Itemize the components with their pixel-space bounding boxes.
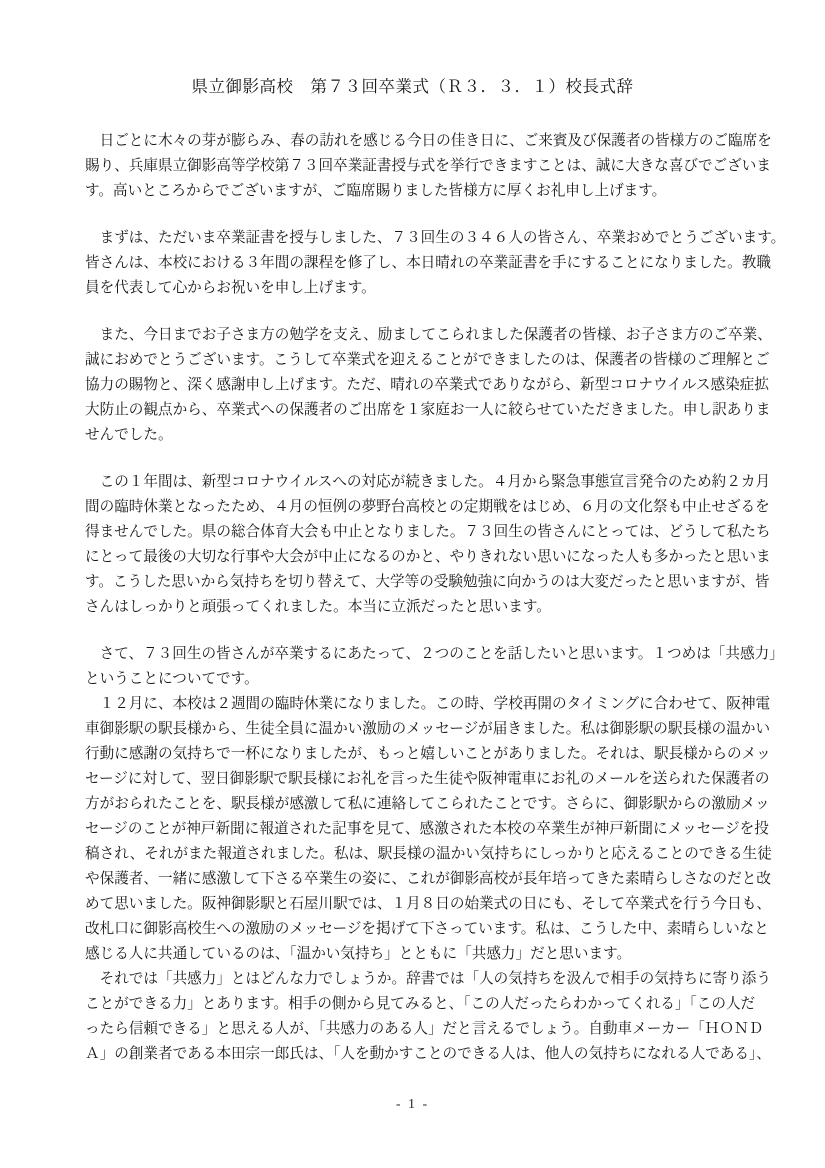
paragraph-two-topics-intro: さて、７３回生の皆さんが卒業するにあたって、２つのことを話したいと思います。１つ… [85, 642, 825, 692]
paragraph-congratulations-students: まずは、ただいま卒業証書を授与しました、７３回生の３４６人の皆さん、卒業おめでと… [85, 226, 825, 301]
text-line: 間の臨時休業となったため、４月の恒例の夢野台高校との定期戦をはじめ、６月の文化祭… [85, 495, 825, 520]
text-line: この１年間は、新型コロナウイルスへの対応が続きました。４月から緊急事態宣言発令の… [85, 470, 825, 495]
text-line: さて、７３回生の皆さんが卒業するにあたって、２つのことを話したいと思います。１つ… [85, 642, 825, 667]
text-line: 感じる人に共通しているのは、「温かい気持ち」とともに「共感力」だと思います。 [85, 942, 825, 967]
text-line: 賜り、兵庫県立御影高等学校第７３回卒業証書授与式を挙行できますことは、誠に大きな… [85, 154, 825, 179]
paragraph-covid-year-review: この１年間は、新型コロナウイルスへの対応が続きました。４月から緊急事態宣言発令の… [85, 470, 825, 620]
text-line: す。こうした思いから気持ちを切り替えて、大学等の受験勉強に向かうのは大変だったと… [85, 570, 825, 595]
text-line: 誠におめでとうございます。こうして卒業式を迎えることができましたのは、保護者の皆… [85, 348, 825, 373]
text-line: また、今日までお子さま方の勉学を支え、励ましてこられました保護者の皆様、お子さま… [85, 323, 825, 348]
text-line: まずは、ただいま卒業証書を授与しました、７３回生の３４６人の皆さん、卒業おめでと… [85, 226, 825, 251]
paragraph-station-master-story: １２月に、本校は２週間の臨時休業になりました。この時、学校再開のタイミングに合わ… [85, 692, 825, 967]
text-line: それでは「共感力」とはどんな力でしょうか。辞書では「人の気持ちを汲んで相手の気持… [85, 967, 825, 992]
document-page: 県立御影高校 第７３回卒業式（Ｒ３．３．１）校長式辞 日ごとに木々の芽が膨らみ、… [0, 0, 825, 1168]
paragraph-thanks-parents: また、今日までお子さま方の勉学を支え、励ましてこられました保護者の皆様、お子さま… [85, 323, 825, 448]
paragraph-opening-greeting: 日ごとに木々の芽が膨らみ、春の訪れを感じる今日の佳き日に、ご来賓及び保護者の皆様… [85, 129, 825, 204]
document-title: 県立御影高校 第７３回卒業式（Ｒ３．３．１）校長式辞 [0, 0, 825, 100]
text-line: や保護者、一緒に感激して下さる卒業生の姿に、これが御影高校が長年培ってきた素晴ら… [85, 867, 825, 892]
text-line: 改札口に御影高校生への激励のメッセージを掲げて下さっています。私は、こうした中、… [85, 917, 825, 942]
text-line: す。高いところからでございますが、ご臨席賜りました皆様方に厚くお礼申し上げます。 [85, 179, 825, 204]
document-body: 日ごとに木々の芽が膨らみ、春の訪れを感じる今日の佳き日に、ご来賓及び保護者の皆様… [0, 129, 825, 1067]
text-line: 協力の賜物と、深く感謝申し上げます。ただ、晴れの卒業式でありながら、新型コロナウ… [85, 373, 825, 398]
text-line: 方がおられたことを、駅長様が感激して私に連絡してこられたことです。さらに、御影駅… [85, 792, 825, 817]
text-line: 日ごとに木々の芽が膨らみ、春の訪れを感じる今日の佳き日に、ご来賓及び保護者の皆様… [85, 129, 825, 154]
text-line: セージに対して、翌日御影駅で駅長様にお礼を言った生徒や阪神電車にお礼のメールを送… [85, 767, 825, 792]
text-line: めて思いました。阪神御影駅と石屋川駅では、１月８日の始業式の日にも、そして卒業式… [85, 892, 825, 917]
text-line: １２月に、本校は２週間の臨時休業になりました。この時、学校再開のタイミングに合わ… [85, 692, 825, 717]
text-line: 行動に感謝の気持ちで一杯になりましたが、もっと嬉しいことがありました。それは、駅… [85, 742, 825, 767]
text-line: 得ませんでした。県の総合体育大会も中止となりました。７３回生の皆さんにとっては、… [85, 520, 825, 545]
text-line: 員を代表して心からお祝いを申し上げます。 [85, 276, 825, 301]
text-line: セージのことが神戸新聞に報道された記事を見て、感激された本校の卒業生が神戸新聞に… [85, 817, 825, 842]
text-line: にとって最後の大切な行事や大会が中止になるのかと、やりきれない思いになった人も多… [85, 545, 825, 570]
text-line: ことができる力」とあります。相手の側から見てみると、「この人だったらわかってくれ… [85, 992, 825, 1017]
text-line: Ａ」の創業者である本田宗一郎氏は、「人を動かすことのできる人は、他人の気持ちにな… [85, 1042, 825, 1067]
text-line: 車御影駅の駅長様から、生徒全員に温かい激励のメッセージが届きました。私は御影駅の… [85, 717, 825, 742]
text-line: ったら信頼できる」と思える人が、「共感力のある人」だと言えるでしょう。自動車メー… [85, 1017, 825, 1042]
text-line: 大防止の観点から、卒業式への保護者のご出席を１家庭お一人に絞らせていただきました… [85, 398, 825, 423]
page-number: - 1 - [0, 1094, 825, 1116]
text-line: ということについてです。 [85, 667, 825, 692]
text-line: 稿され、それがまた報道されました。私は、駅長様の温かい気持ちにしっかりと応えるこ… [85, 842, 825, 867]
text-line: さんはしっかりと頑張ってくれました。本当に立派だったと思います。 [85, 595, 825, 620]
paragraph-empathy-definition: それでは「共感力」とはどんな力でしょうか。辞書では「人の気持ちを汲んで相手の気持… [85, 967, 825, 1067]
text-line: 皆さんは、本校における３年間の課程を修了し、本日晴れの卒業証書を手にすることにな… [85, 251, 825, 276]
text-line: せんでした。 [85, 423, 825, 448]
